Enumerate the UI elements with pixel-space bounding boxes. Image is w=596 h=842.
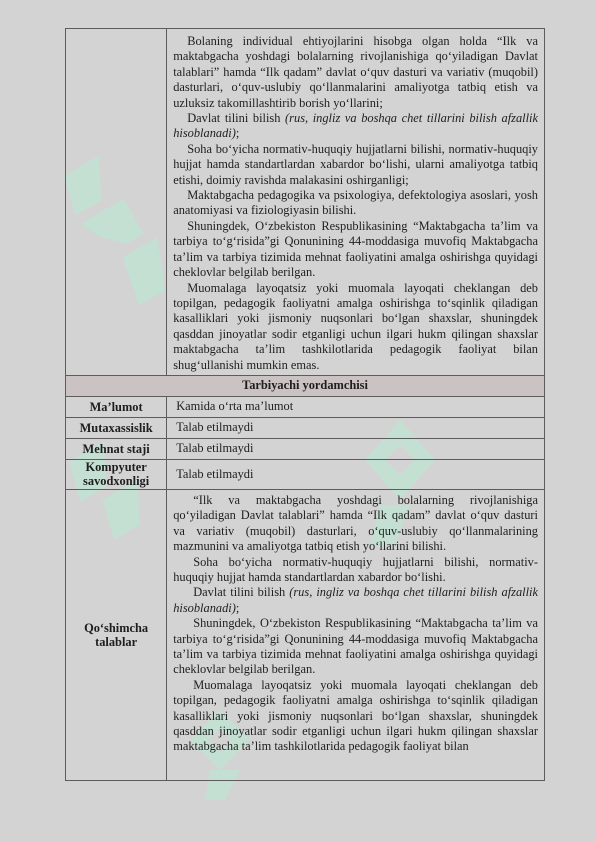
paragraph: Muomalaga layoqatsiz yoki muomala layoqa…: [173, 281, 538, 373]
row-value: Kamida o‘rta ma’lumot: [167, 396, 545, 417]
row-label: Mutaxassislik: [66, 417, 167, 438]
additional-requirements-label: Qo‘shimcha talablar: [66, 489, 167, 780]
additional-requirements-body: “Ilk va maktabgacha yoshdagi bolalarning…: [167, 489, 545, 780]
paragraph: Davlat tilini bilish (rus, ingliz va bos…: [173, 585, 538, 616]
additional-requirements-row: Qo‘shimcha talablar “Ilk va maktabgacha …: [66, 489, 545, 780]
row-value: Talab etilmaydi: [167, 417, 545, 438]
paragraph: Soha bo‘yicha normativ-huquqiy hujjatlar…: [173, 555, 538, 586]
job-requirements-table: Bolaning individual ehtiyojlarini hisobg…: [65, 28, 545, 781]
row-label: Ma’lumot: [66, 396, 167, 417]
table-row: Mehnat staji Talab etilmaydi: [66, 438, 545, 459]
row-value: Talab etilmaydi: [167, 438, 545, 459]
paragraph: Shuningdek, O‘zbekiston Respublikasining…: [173, 616, 538, 678]
paragraph: Maktabgacha pedagogika va psixologiya, d…: [173, 188, 538, 219]
paragraph: “Ilk va maktabgacha yoshdagi bolalarning…: [173, 493, 538, 555]
row-label: Kompyuter savodxonligi: [66, 459, 167, 489]
paragraph: Muomalaga layoqatsiz yoki muomala layoqa…: [173, 678, 538, 755]
table-row: Mutaxassislik Talab etilmaydi: [66, 417, 545, 438]
paragraph: Davlat tilini bilish (rus, ingliz va bos…: [173, 111, 538, 142]
continued-requirements-row: Bolaning individual ehtiyojlarini hisobg…: [66, 29, 545, 376]
row-value: Talab etilmaydi: [167, 459, 545, 489]
paragraph: Bolaning individual ehtiyojlarini hisobg…: [173, 34, 538, 111]
paragraph: Soha bo‘yicha normativ-huquqiy hujjatlar…: [173, 142, 538, 188]
row-label: Mehnat staji: [66, 438, 167, 459]
continued-requirements-body: Bolaning individual ehtiyojlarini hisobg…: [167, 29, 545, 376]
table-row: Ma’lumot Kamida o‘rta ma’lumot: [66, 396, 545, 417]
paragraph: Shuningdek, O‘zbekiston Respublikasining…: [173, 219, 538, 281]
table-row: Kompyuter savodxonligi Talab etilmaydi: [66, 459, 545, 489]
section-title: Tarbiyachi yordamchisi: [66, 375, 545, 396]
section-header-row: Tarbiyachi yordamchisi: [66, 375, 545, 396]
empty-label-cell: [66, 29, 167, 376]
